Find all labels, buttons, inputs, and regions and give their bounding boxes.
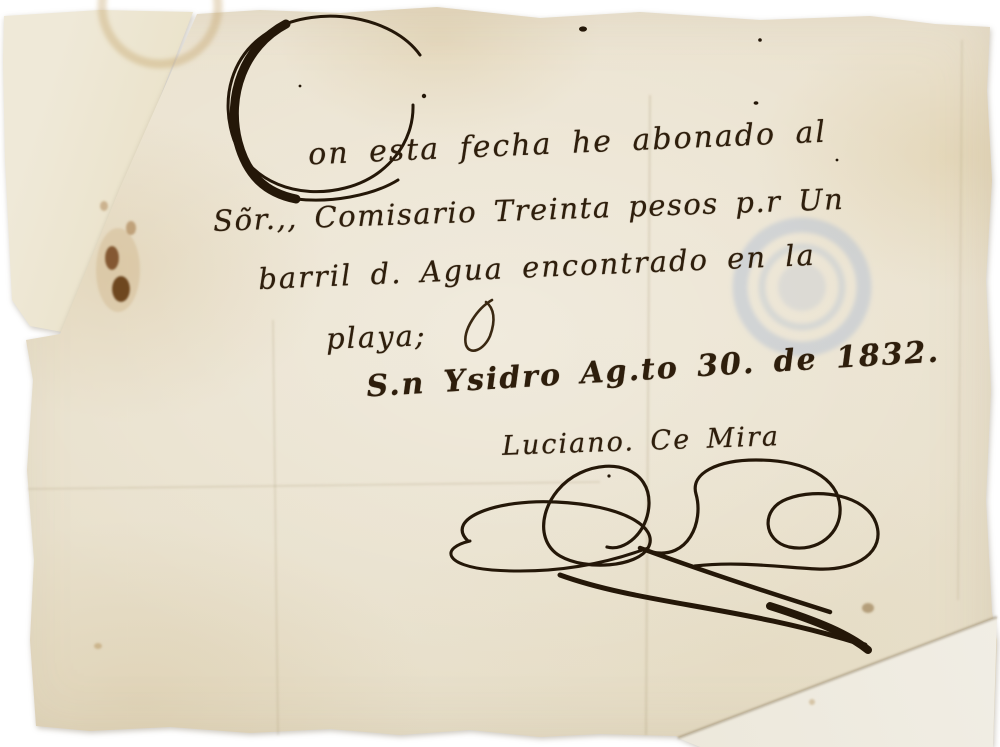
f-flourish-mark xyxy=(465,300,493,351)
ring-stain xyxy=(102,0,218,64)
initial-c-flourish xyxy=(228,16,420,200)
manuscript-line-4: playa; xyxy=(325,318,427,355)
rubric-flourish xyxy=(451,460,878,650)
scanned-document: on esta fecha he abonado al Sõr.,, Comis… xyxy=(0,0,1000,747)
